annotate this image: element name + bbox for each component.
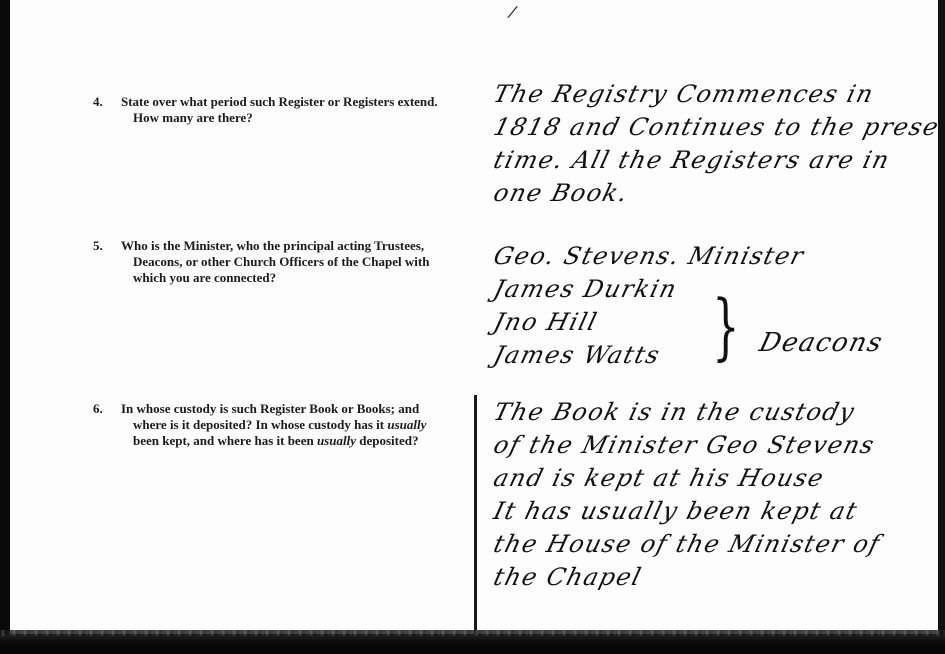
question-number: 5. xyxy=(93,238,121,254)
handwritten-line: time. All the Registers are in xyxy=(490,144,943,177)
question-line: where is it deposited? In whose custody … xyxy=(121,417,478,433)
deacons-brace: } xyxy=(712,290,739,362)
question-line-text: where is it deposited? In whose custody … xyxy=(133,417,387,432)
question-line: Deacons, or other Church Officers of the… xyxy=(121,254,478,270)
handwritten-line: 1818 and Continues to the present xyxy=(490,111,943,144)
handwritten-line: The Registry Commences in xyxy=(490,78,943,111)
question-number: 4. xyxy=(93,94,121,110)
scan-bottom-edge xyxy=(0,634,945,654)
question-line: In whose custody is such Register Book o… xyxy=(121,401,478,417)
question-text: State over what period such Register or … xyxy=(121,94,478,126)
handwritten-line: one Book. xyxy=(490,177,943,210)
handwritten-line: It has usually been kept at xyxy=(490,495,943,528)
question-5: 5. Who is the Minister, who the principa… xyxy=(93,238,478,286)
question-line: been kept, and where has it been usually… xyxy=(121,433,478,449)
question-4: 4. State over what period such Register … xyxy=(93,94,478,126)
answer-4-handwritten: The Registry Commences in 1818 and Conti… xyxy=(490,78,935,210)
question-line-text: In whose custody is such Register Book o… xyxy=(121,401,419,416)
question-line: Who is the Minister, who the principal a… xyxy=(121,238,478,254)
question-text: Who is the Minister, who the principal a… xyxy=(121,238,478,286)
question-line: How many are there? xyxy=(121,110,478,126)
handwritten-line: The Book is in the custody xyxy=(490,396,943,429)
question-line: State over what period such Register or … xyxy=(121,94,478,110)
emphasis-usually: usually xyxy=(317,433,356,448)
handwritten-line: and is kept at his House xyxy=(490,462,943,495)
question-line-text: deposited? xyxy=(356,433,418,448)
handwritten-line: the House of the Minister of xyxy=(490,528,943,561)
handwritten-line: of the Minister Geo Stevens xyxy=(490,429,943,462)
question-text: In whose custody is such Register Book o… xyxy=(121,401,478,449)
handwritten-line: the Chapel xyxy=(490,561,943,594)
question-line-text: been kept, and where has it been xyxy=(133,433,317,448)
question-line: which you are connected? xyxy=(121,270,478,286)
deacons-label: Deacons xyxy=(756,328,886,358)
question-6: 6. In whose custody is such Register Boo… xyxy=(93,401,478,449)
answer-6-handwritten: The Book is in the custody of the Minist… xyxy=(490,396,935,594)
minister-line: Geo. Stevens. Minister xyxy=(490,240,943,273)
question-number: 6. xyxy=(93,401,121,417)
emphasis-usually: usually xyxy=(387,417,426,432)
column-divider-rule xyxy=(474,395,477,643)
scan-right-border xyxy=(938,0,945,654)
